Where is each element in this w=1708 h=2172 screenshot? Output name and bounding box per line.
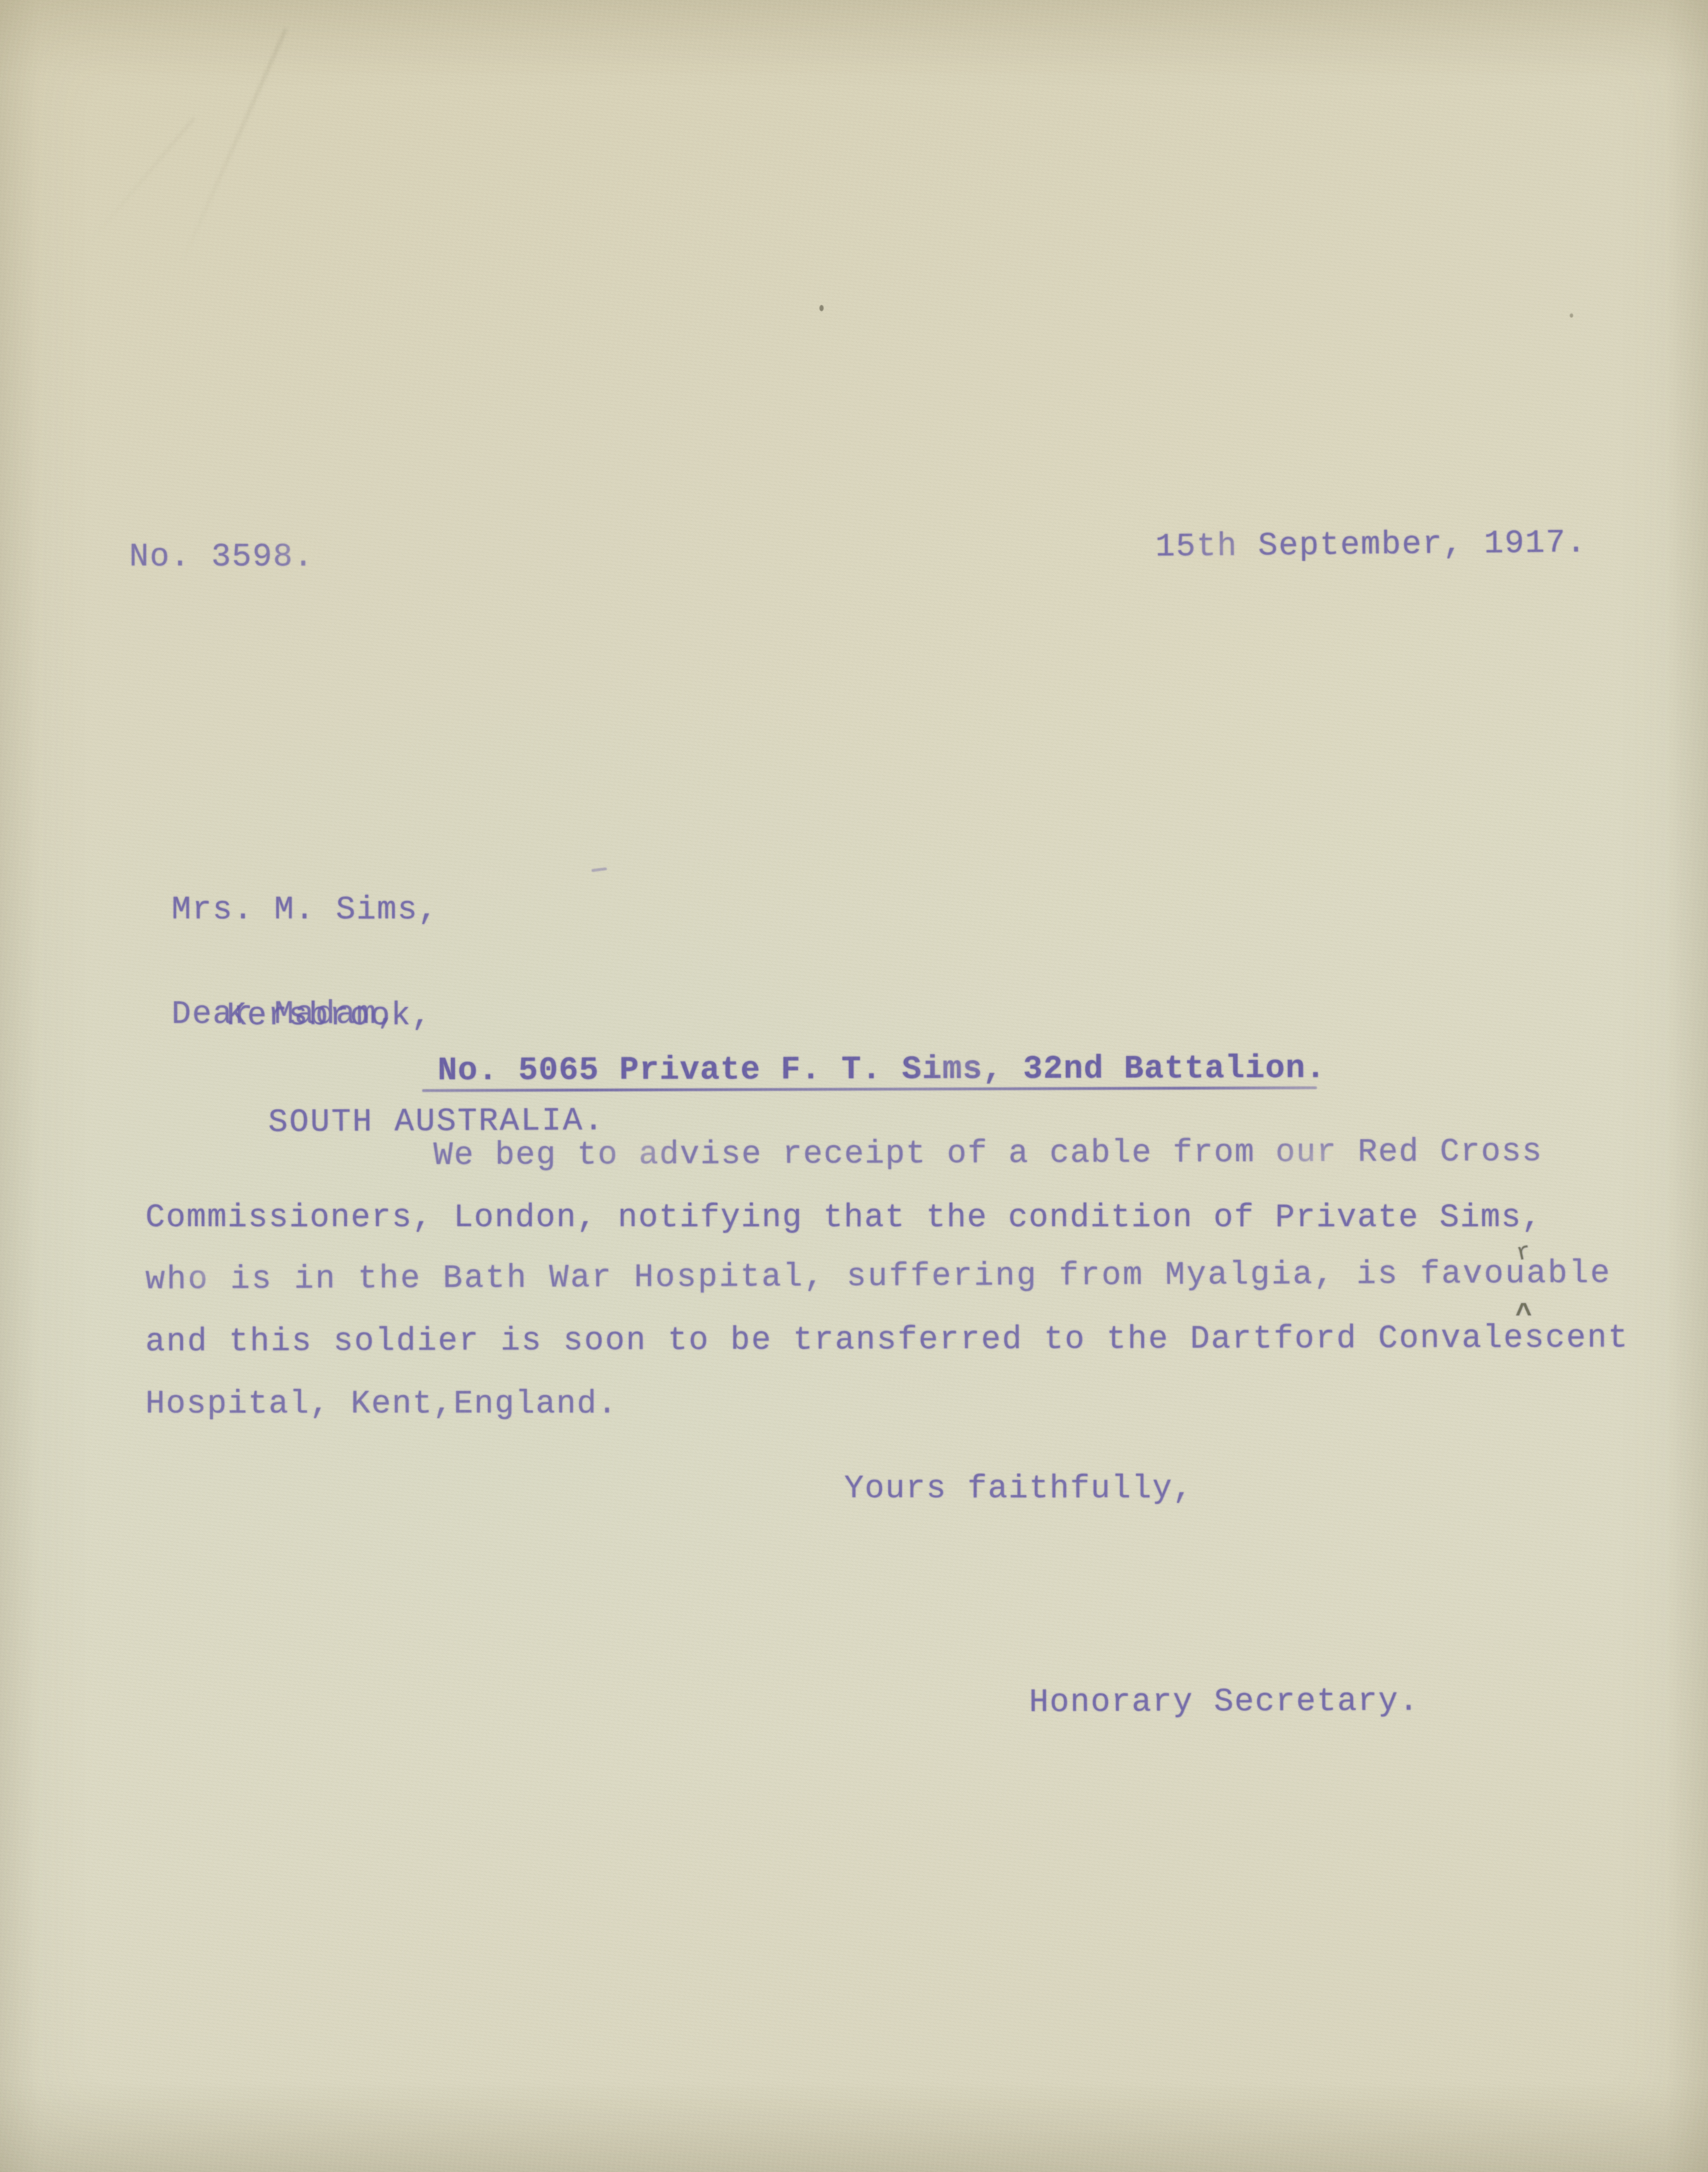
- recipient-name: Mrs. M. Sims,: [172, 892, 605, 928]
- body-line-3-text: who is in the Bath War Hospital, sufferi…: [145, 1255, 1527, 1298]
- body-line-2: Commissioners, London, notifying that th…: [145, 1200, 1542, 1235]
- ink-speck: [1570, 313, 1573, 318]
- recipient-state: SOUTH AUSTRALIA.: [268, 1103, 605, 1140]
- body-line-4: and this soldier is soon to be transferr…: [145, 1320, 1629, 1360]
- body-line-1: We beg to advise receipt of a cable from…: [433, 1134, 1543, 1173]
- body-line-5: Hospital, Kent,England.: [145, 1386, 618, 1422]
- paper-crease: [89, 117, 195, 243]
- letter-page: No. 3598. 15th September, 1917. Mrs. M. …: [0, 0, 1708, 2172]
- reference-number: No. 3598.: [129, 539, 314, 575]
- salutation: Dear Madam,: [172, 997, 397, 1032]
- closing: Yours faithfully,: [844, 1471, 1193, 1506]
- date-line: 15th September, 1917.: [1155, 525, 1587, 565]
- signature-role: Honorary Secretary.: [1029, 1684, 1419, 1720]
- ink-speck: [819, 305, 824, 311]
- paper-crease: [181, 28, 287, 262]
- body-line-3: who is in the Bath War Hospital, sufferi…: [145, 1256, 1611, 1297]
- body-line-3-text: able: [1527, 1255, 1612, 1292]
- subject-line: No. 5065 Private F. T. Sims, 32nd Battal…: [438, 1051, 1326, 1088]
